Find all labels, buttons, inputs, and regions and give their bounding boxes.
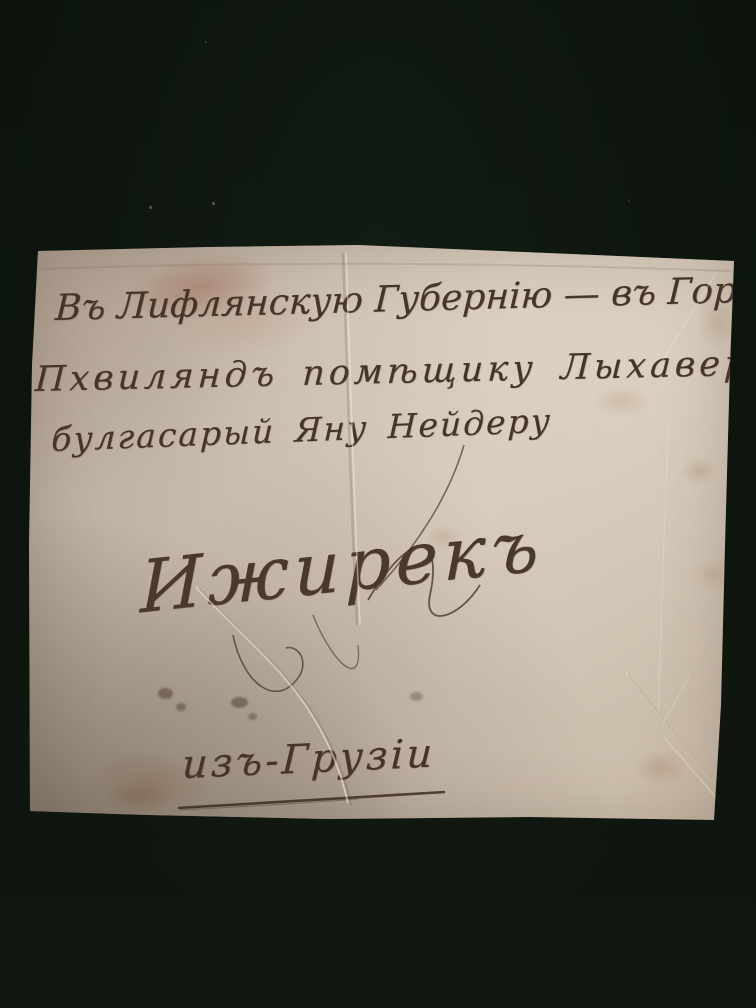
pen-flourish: [313, 615, 359, 668]
dust-speck: [149, 206, 152, 209]
foxing-spot: [680, 457, 718, 485]
crease-bottom-right-3: [662, 675, 690, 725]
addressee-word: Ижирекъ: [140, 503, 543, 630]
bottom-left-stain-dark: [102, 781, 174, 813]
ink-smudge: [231, 697, 248, 708]
address-line-3: булгасарый Яну Нейдеру: [51, 401, 553, 459]
origin-underline-stroke-2: [180, 799, 358, 810]
crease-bottom-right-2: [664, 737, 731, 815]
ink-smudge: [158, 688, 173, 699]
ink-smudge: [176, 703, 186, 711]
ink-smudge: [410, 692, 423, 701]
crease-right-vertical: [658, 425, 668, 715]
dust-speck: [628, 200, 630, 202]
crease-bottom-right-shadow: [628, 675, 722, 792]
crease-bottom-right: [626, 673, 720, 790]
dust-speck: [205, 41, 207, 43]
pen-flourish: [233, 635, 303, 691]
address-line-1: Въ Лифлянскую Губернію — въ Городъ: [54, 268, 756, 329]
foxing-spot: [634, 749, 688, 787]
address-line-2: Пхвиляндъ помѣщику Лыхаверый: [34, 342, 756, 400]
foxing-spot: [594, 385, 650, 417]
crease-top-fold: [38, 264, 730, 271]
foxing-spot: [692, 557, 738, 593]
dust-speck: [212, 202, 215, 205]
origin-note: изъ-Грузіи: [181, 731, 436, 789]
ink-smudge: [248, 713, 257, 720]
photo-scene: Въ Лифлянскую Губернію — въ Городъ Пхвил…: [0, 0, 756, 1008]
envelope: Въ Лифлянскую Губернію — въ Городъ Пхвил…: [28, 245, 734, 825]
origin-underline-stroke: [178, 792, 445, 808]
